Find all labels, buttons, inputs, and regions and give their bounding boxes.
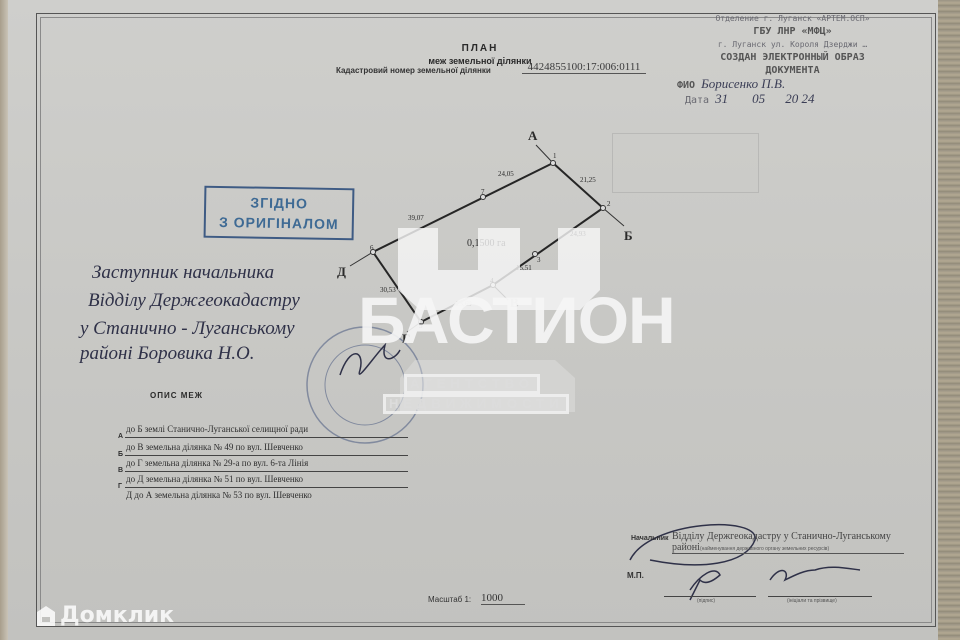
- svg-text:30,53: 30,53: [380, 286, 396, 294]
- domclick-watermark: Домклик: [36, 603, 174, 628]
- boundary-row: Бдо В земельна ділянка № 49 по вул. Шевч…: [118, 440, 408, 456]
- boundaries-title: ОПИС МЕЖ: [150, 391, 203, 400]
- signature-line: [664, 596, 756, 597]
- boundary-underline: [125, 437, 408, 438]
- point-label-d: Д: [337, 264, 346, 279]
- boundary-text: до Г земельна ділянка № 29-а по вул. 6-т…: [126, 458, 308, 468]
- agency-logo-shape: [398, 228, 600, 412]
- svg-text:2: 2: [607, 200, 611, 208]
- boundary-row: Вдо Г земельна ділянка № 29-а по вул. 6-…: [118, 456, 408, 472]
- name-caption: (ініціали та прізвище): [787, 598, 837, 604]
- boundary-text: Д до А земельна ділянка № 53 по вул. Шев…: [126, 490, 312, 500]
- boundary-text: до Б землі Станично-Луганської селищної …: [126, 424, 308, 434]
- boundary-row: Адо Б землі Станично-Луганської селищної…: [118, 422, 408, 438]
- point-label-g: Г: [402, 331, 410, 346]
- svg-text:1: 1: [553, 152, 557, 160]
- svg-text:5: 5: [419, 322, 423, 330]
- head-label: Начальник: [631, 535, 669, 542]
- svg-text:3: 3: [537, 256, 541, 264]
- boundary-row: Д до А земельна ділянка № 53 по вул. Шев…: [118, 488, 408, 504]
- scale-label: Масштаб 1:: [428, 595, 471, 604]
- boundary-row: Гдо Д земельна ділянка № 51 по вул. Шевч…: [118, 472, 408, 488]
- svg-text:39,07: 39,07: [408, 214, 424, 222]
- name-line: [768, 596, 872, 597]
- svg-text:24,05: 24,05: [498, 170, 514, 178]
- signature-caption: (підпис): [697, 598, 715, 604]
- house-logo-icon: [36, 605, 56, 627]
- scale-value: 1000: [481, 592, 525, 605]
- boundary-from: А: [118, 433, 123, 440]
- seal-place-label: М.П.: [627, 571, 644, 580]
- point-label-b: Б: [624, 228, 633, 243]
- svg-text:6: 6: [370, 244, 374, 252]
- boundary-text: до Д земельна ділянка № 51 по вул. Шевче…: [126, 474, 303, 484]
- boundary-text: до В земельна ділянка № 49 по вул. Шевче…: [126, 442, 303, 452]
- svg-text:21,25: 21,25: [580, 176, 596, 184]
- head-caption: (найменування державного органу земельни…: [700, 546, 829, 552]
- point-label-a: A: [528, 128, 538, 143]
- svg-text:7: 7: [481, 188, 485, 196]
- domclick-brand: Домклик: [60, 603, 174, 628]
